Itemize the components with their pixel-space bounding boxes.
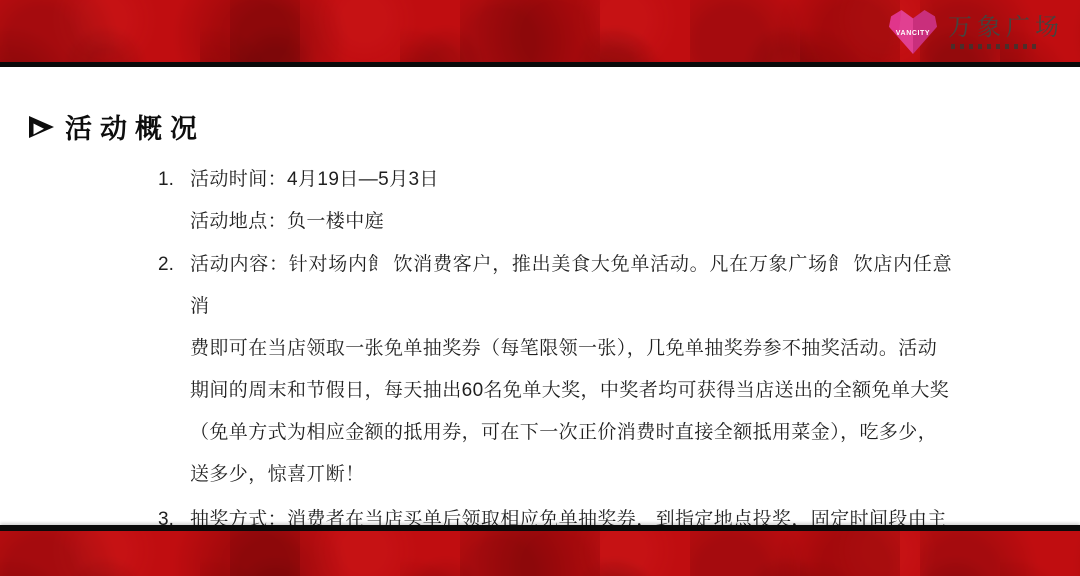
arrow-bullet-icon	[28, 113, 55, 141]
section-heading: 活动概况	[28, 107, 1080, 146]
list-item-number: 1.	[158, 159, 190, 243]
section-heading-text: 活动概况	[65, 107, 205, 146]
list-item: 1. 活动时间：4月19日—5月3日 活动地点：负一楼中庭	[158, 159, 958, 243]
list-item: 2. 活动内容：针对场内飠 饮消费客户，推出美食大免单活动。凡在万象广场飠 饮店…	[158, 244, 958, 496]
presentation-slide: VANCITY 万象广场 活动概况 1. 活动时间：4月19日—5月3日 活动地…	[0, 0, 1080, 576]
top-banner: VANCITY 万象广场	[0, 0, 1080, 62]
vancity-logo: VANCITY 万象广场	[887, 8, 1064, 56]
logo-tagline	[951, 44, 1037, 49]
list-item-number: 2.	[158, 244, 190, 496]
heart-logo-icon: VANCITY	[887, 9, 939, 55]
bottom-banner	[0, 531, 1080, 576]
slide-content: 活动概况 1. 活动时间：4月19日—5月3日 活动地点：负一楼中庭 2. 活动…	[0, 67, 1080, 525]
list-item-text: 活动内容：针对场内飠 饮消费客户，推出美食大免单活动。凡在万象广场飠 饮店内任意…	[190, 244, 952, 496]
logo-name-text: 万象广场	[948, 15, 1064, 41]
logo-text-block: 万象广场	[948, 15, 1064, 49]
logo-brand-text: VANCITY	[887, 30, 939, 37]
list-item-text: 活动时间：4月19日—5月3日 活动地点：负一楼中庭	[190, 159, 952, 243]
numbered-list: 1. 活动时间：4月19日—5月3日 活动地点：负一楼中庭 2. 活动内容：针对…	[158, 159, 958, 576]
